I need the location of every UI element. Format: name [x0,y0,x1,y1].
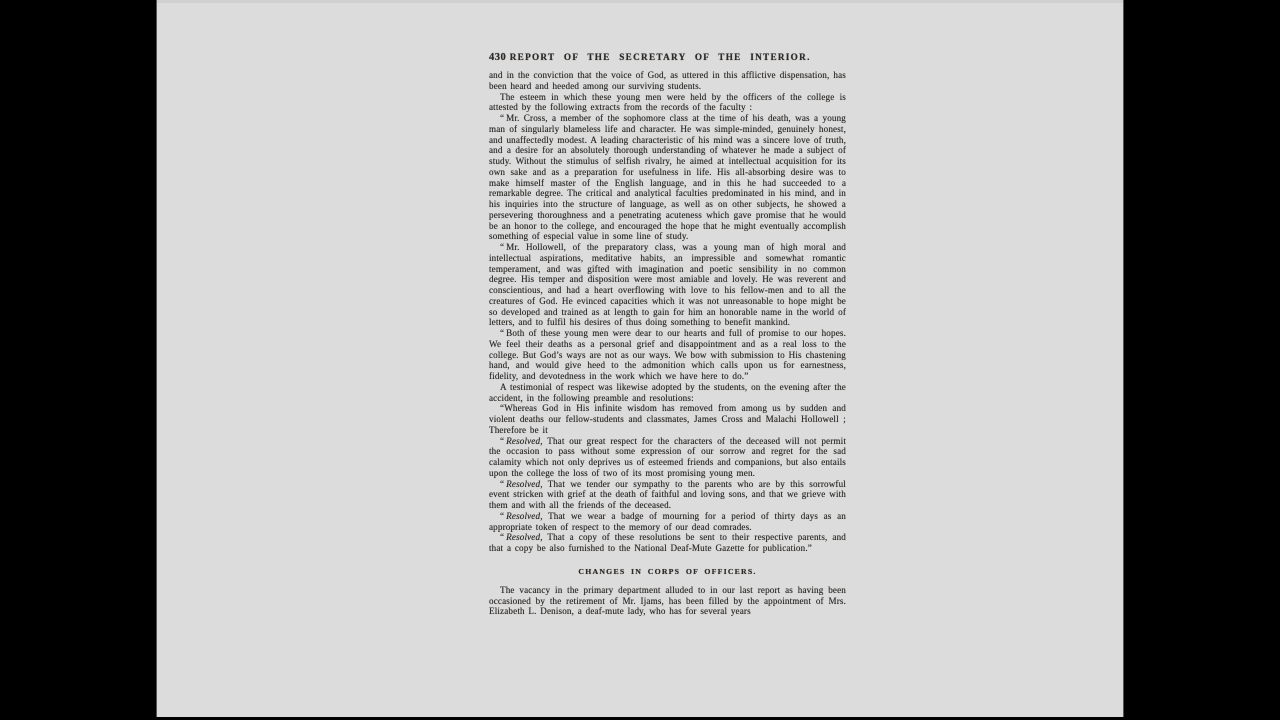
page-header: 430 REPORT OF THE SECRETARY OF THE INTER… [489,52,846,63]
section-heading: CHANGES IN CORPS OF OFFICERS. [489,567,846,576]
paragraph: “ Resolved, That we wear a badge of mour… [489,511,846,533]
paragraph: “ Resolved, That our great respect for t… [489,436,846,479]
paragraph: and in the conviction that the voice of … [489,70,846,92]
paragraph: “ Resolved, That we tender our sympathy … [489,479,846,511]
paragraph: “ Mr. Hollowell, of the preparatory clas… [489,242,846,328]
body-paragraphs: and in the conviction that the voice of … [489,70,846,554]
scanned-page: 430 REPORT OF THE SECRETARY OF THE INTER… [156,0,1124,717]
text-column: 430 REPORT OF THE SECRETARY OF THE INTER… [489,0,846,617]
paragraph: “Whereas God in His infinite wisdom has … [489,403,846,435]
paragraph: “ Both of these young men were dear to o… [489,328,846,382]
paragraph: “ Mr. Cross, a member of the sophomore c… [489,113,846,242]
page-number: 430 [489,52,510,63]
paragraph: The vacancy in the primary department al… [489,585,846,617]
closing-paragraphs: The vacancy in the primary department al… [489,585,846,617]
paragraph: The esteem in which these young men were… [489,92,846,114]
running-title: REPORT OF THE SECRETARY OF THE INTERIOR. [510,52,811,62]
paragraph: A testimonial of respect was likewise ad… [489,382,846,404]
paragraph: “ Resolved, That a copy of these resolut… [489,532,846,554]
